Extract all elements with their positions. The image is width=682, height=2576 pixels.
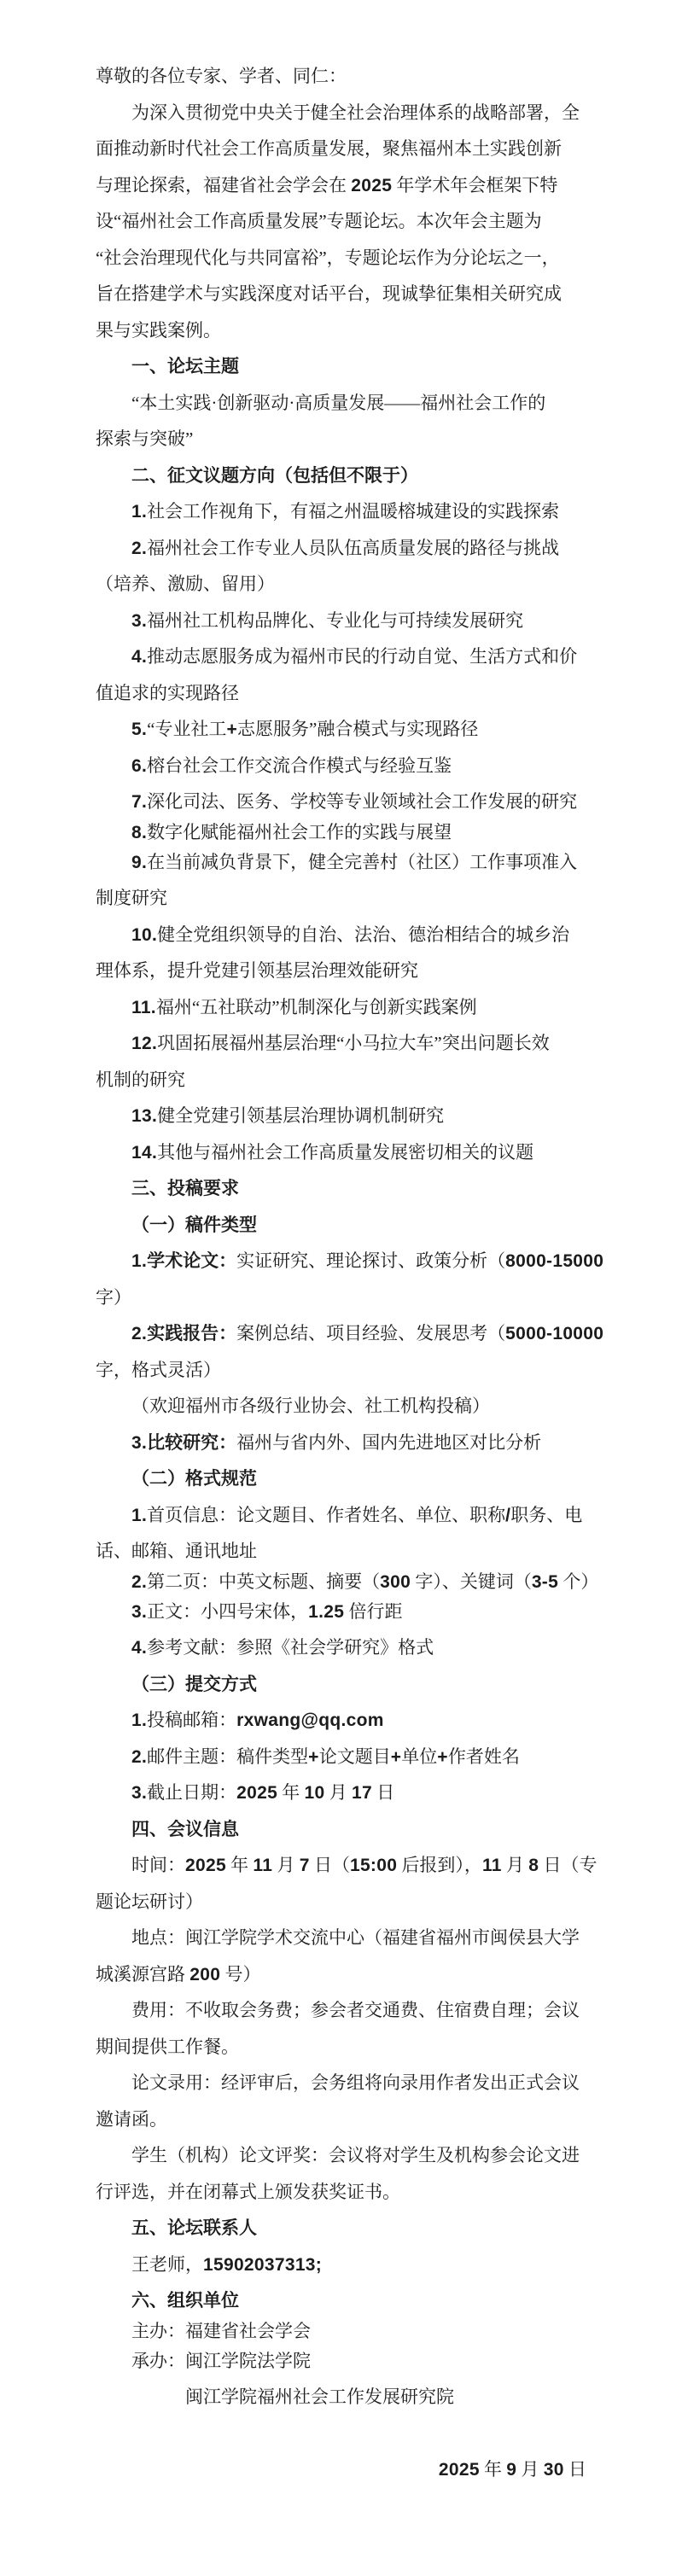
subsection-heading-3-3: （三）提交方式 [96,1666,586,1703]
doc-line: 3.福州社工机构品牌化、专业化与可持续发展研究 [96,603,586,639]
cjk-text-run: 机制的研究 [96,1069,185,1090]
latin-text-run: 3. [131,611,147,631]
latin-text-run: 10. [131,925,157,945]
latin-text-run: + [308,1747,319,1767]
latin-text-run: 3. [131,1783,147,1803]
cjk-text-run: 字）、关键词（ [411,1571,532,1592]
latin-text-run: 10 [305,1783,325,1803]
cjk-text-run: 题论坛研讨） [96,1891,203,1912]
cjk-text-run: 论文题目 [319,1746,391,1767]
cjk-text-run: （欢迎福州市各级行业协会、社工机构投稿） [131,1396,490,1416]
latin-text-run: 11 [482,1856,502,1875]
doc-line: 6.榕台社会工作交流合作模式与经验互鉴 [96,748,586,784]
cjk-text-run: 倍行距 [344,1601,402,1622]
cjk-text-run: 推动志愿服务成为福州市民的行动自觉、生活方式和价 [147,646,577,667]
cjk-text-run: 职务、电 [510,1505,582,1525]
cjk-text-run: 志愿服务”融合模式与实现路径 [237,719,478,739]
latin-text-run: 9. [131,853,147,872]
doc-line: 面推动新时代社会工作高质量发展，聚焦福州本土实践创新 [96,131,586,167]
cjk-text-run: 王老师， [131,2254,203,2275]
latin-text-run: 1.25 [308,1602,344,1622]
cjk-text-run: 值追求的实现路径 [96,683,239,703]
cjk-text-run: 年 [277,1782,305,1803]
cjk-text-run: 地点：闽江学院学术交流中心（福建省福州市闽侯县大学 [131,1927,580,1948]
cjk-text-run: 单位 [401,1746,437,1767]
section-heading-3: 三、投稿要求 [96,1170,586,1207]
cjk-text-run: 六、组织单位 [131,2290,239,2311]
latin-text-run: 1. [131,1506,147,1525]
latin-text-run: 6. [131,756,147,776]
doc-line: 果与实践案例。 [96,312,586,349]
cjk-text-run: 在当前减负背景下，健全完善村（社区）工作事项准入 [147,852,577,872]
cjk-text-run: 论文录用：经评审后，会务组将向录用作者发出正式会议 [131,2072,580,2093]
cjk-text-run: 日（ [310,1855,350,1875]
latin-text-run: 7 [300,1856,310,1875]
cjk-text-run: 健全党建引领基层治理协调机制研究 [157,1105,444,1126]
cjk-text-run: 日 [372,1782,394,1803]
latin-text-run: 3. [131,1433,147,1453]
cjk-text-run: “专业社工 [147,719,226,739]
doc-line: 论文录用：经评审后，会务组将向录用作者发出正式会议 [96,2065,586,2101]
organizer-line: 主办：福建省社会学会 [96,2319,586,2343]
doc-line: 9.在当前减负背景下，健全完善村（社区）工作事项准入 [96,844,586,881]
doc-line: 话、邮箱、通讯地址 [96,1533,586,1570]
doc-line: 城溪源宫路 200 号） [96,1956,586,1993]
doc-line: 时间：2025 年 11 月 7 日（15:00 后报到），11 月 8 日（专 [96,1847,586,1884]
latin-text-run: 9 [506,2460,516,2480]
cjk-text-run: （培养、激励、留用） [96,574,275,594]
cjk-text-run: 城溪源宫路 [96,1964,189,1984]
cjk-text-run: 学生（机构）论文评奖：会议将对学生及机构参会论文进 [131,2145,580,2165]
latin-text-run: 2025 [185,1856,226,1875]
cjk-text-run: 设“福州社会工作高质量发展”专题论坛。本次年会主题为 [96,211,542,231]
doc-line: “社会治理现代化与共同富裕”，专题论坛作为分论坛之一， [96,240,586,277]
latin-text-run: 4. [131,647,147,667]
latin-text-run: 1. [131,1711,147,1730]
doc-line: 与理论探索，福建省社会学会在 2025 年学术年会框架下特 [96,167,586,204]
cjk-text-run: 尊敬的各位专家、学者、同仁： [96,66,347,86]
latin-text-run: rxwang@qq.com [236,1711,384,1730]
latin-text-run: 5. [131,720,147,739]
cjk-text-run: 深化司法、医务、学校等专业领域社会工作发展的研究 [147,791,577,812]
cjk-text-run: 投稿邮箱： [147,1710,236,1730]
doc-line: 7.深化司法、医务、学校等专业领域社会工作发展的研究 [96,784,586,820]
doc-line: 设“福州社会工作高质量发展”专题论坛。本次年会主题为 [96,203,586,240]
doc-line: 学生（机构）论文评奖：会议将对学生及机构参会论文进 [96,2137,586,2174]
blank-line [96,2416,586,2452]
cjk-text-run: 日 [564,2459,586,2480]
latin-text-run: + [391,1747,402,1767]
cjk-text-run: 年 [480,2459,507,2480]
cjk-text-run: 四、会议信息 [131,1819,239,1839]
doc-line: 题论坛研讨） [96,1884,586,1920]
doc-line: 为深入贯彻党中央关于健全社会治理体系的战略部署，全 [96,95,586,131]
doc-line: 4.推动志愿服务成为福州市民的行动自觉、生活方式和价 [96,638,586,675]
latin-text-run: 8. [131,823,147,842]
cjk-text-run: 榕台社会工作交流合作模式与经验互鉴 [147,755,452,776]
latin-text-run: 13. [131,1106,157,1126]
doc-line: 1.学术论文：实证研究、理论探讨、政策分析（8000-15000 [96,1243,586,1279]
cjk-text-run: 正文：小四号宋体， [147,1601,308,1622]
latin-text-run: 11. [131,998,156,1017]
doc-line: 12.巩固拓展福州基层治理“小马拉大车”突出问题长效 [96,1025,586,1062]
doc-line: 2.第二页：中英文标题、摘要（300 字）、关键词（3-5 个） [96,1570,586,1594]
latin-text-run: 200 [189,1965,220,1984]
cjk-text-run: 字，格式灵活） [96,1360,221,1380]
latin-text-run: 3-5 [532,1572,558,1592]
latin-text-run: 2025 [351,176,392,195]
cjk-text-run: 一、论坛主题 [131,356,239,376]
cjk-text-run: 福州社工机构品牌化、专业化与可持续发展研究 [147,610,523,631]
cjk-text-run: 月 [325,1782,353,1803]
document-page: 尊敬的各位专家、学者、同仁：为深入贯彻党中央关于健全社会治理体系的战略部署，全面… [0,0,682,2576]
section-heading-4: 四、会议信息 [96,1811,586,1848]
cjk-text-run: 社会工作视角下，有福之州温暖榕城建设的实践探索 [147,501,559,522]
cjk-text-run: 字） [96,1287,131,1308]
cjk-text-run: 年 [226,1855,254,1875]
latin-text-run: 2025 [236,1783,277,1803]
co-organizer-line-2: 闽江学院福州社会工作发展研究院 [96,2379,586,2416]
latin-text-run: 30 [544,2460,564,2480]
latin-text-run: 2. [131,1572,147,1592]
doc-line: 理体系，提升党建引领基层治理效能研究 [96,953,586,989]
cjk-text-run: 时间： [131,1855,185,1875]
doc-line: 值追求的实现路径 [96,675,586,712]
cjk-text-run: 果与实践案例。 [96,320,221,341]
doc-line: 1.社会工作视角下，有福之州温暖榕城建设的实践探索 [96,493,586,530]
doc-line: 10.健全党组织领导的自治、法治、德治相结合的城乡治 [96,917,586,953]
cjk-text-run: 主办：福建省社会学会 [131,2321,311,2341]
doc-line: 行评选，并在闭幕式上颁发获奖证书。 [96,2174,586,2211]
cjk-text-run: 案例总结、项目经验、发展思考（ [236,1323,505,1343]
cjk-text-run: 实证研究、理论探讨、政策分析（ [236,1250,505,1271]
doc-line: 地点：闽江学院学术交流中心（福建省福州市闽侯县大学 [96,1920,586,1956]
doc-line: 制度研究 [96,880,586,917]
cjk-text-run: 比较研究： [147,1432,236,1453]
cjk-text-run: 数字化赋能福州社会工作的实践与展望 [147,822,452,842]
doc-line: 探索与突破” [96,421,586,458]
cjk-text-run: 旨在搭建学术与实践深度对话平台，现诚挚征集相关研究成 [96,283,562,304]
doc-line: 2.实践报告：案例总结、项目经验、发展思考（5000-10000 [96,1315,586,1352]
cjk-text-run: 月 [502,1855,529,1875]
cjk-text-run: 学术论文： [147,1250,236,1271]
doc-line: 2.邮件主题：稿件类型+论文题目+单位+作者姓名 [96,1739,586,1775]
latin-text-run: 7. [131,792,147,812]
cjk-text-run: 福州社会工作专业人员队伍高质量发展的路径与挑战 [147,538,559,558]
cjk-text-run: 为深入贯彻党中央关于健全社会治理体系的战略部署，全 [131,102,580,123]
doc-line: 费用：不收取会务费；参会者交通费、住宿费自理；会议 [96,1992,586,2029]
cjk-text-run: 福州与省内外、国内先进地区对比分析 [236,1432,541,1453]
doc-line: 3.正文：小四号宋体，1.25 倍行距 [96,1594,586,1630]
latin-text-run: + [226,720,237,739]
latin-text-run: 300 [380,1572,411,1592]
cjk-text-run: 探索与突破” [96,428,193,449]
cjk-text-run: 作者姓名 [448,1746,520,1767]
cjk-text-run: 月 [272,1855,300,1875]
doc-line: 1.首页信息：论文题目、作者姓名、单位、职称/职务、电 [96,1497,586,1534]
cjk-text-run: 健全党组织领导的自治、法治、德治相结合的城乡治 [157,924,569,945]
doc-line: 期间提供工作餐。 [96,2029,586,2066]
cjk-text-run: （二）格式规范 [131,1468,257,1489]
doc-line: 尊敬的各位专家、学者、同仁： [96,58,586,95]
doc-line: 13.健全党建引领基层治理协调机制研究 [96,1098,586,1134]
date-line: 2025 年 9 月 30 日 [96,2451,586,2488]
cjk-text-run: 首页信息：论文题目、作者姓名、单位、职称 [147,1505,505,1525]
cjk-text-run: 制度研究 [96,888,167,908]
cjk-text-run: 行评选，并在闭幕式上颁发获奖证书。 [96,2182,400,2202]
subsection-heading-3-1: （一）稿件类型 [96,1207,586,1244]
cjk-text-run: 理体系，提升党建引领基层治理效能研究 [96,960,418,981]
cjk-text-run: 承办：闽江学院法学院 [131,2351,311,2371]
latin-text-run: 14. [131,1143,157,1163]
section-heading-6: 六、组织单位 [96,2282,586,2319]
doc-line: 邀请函。 [96,2101,586,2138]
latin-text-run: 5000-10000 [505,1324,603,1343]
latin-text-run: 17 [352,1783,372,1803]
latin-text-run: 15902037313; [203,2255,322,2275]
co-organizer-line: 承办：闽江学院法学院 [96,2343,586,2380]
doc-line: 机制的研究 [96,1062,586,1099]
deadline-line: 3.截止日期：2025 年 10 月 17 日 [96,1775,586,1811]
doc-line: “本土实践·创新驱动·高质量发展——福州社会工作的 [96,385,586,422]
cjk-text-run: 期间提供工作餐。 [96,2037,239,2057]
cjk-text-run: 面推动新时代社会工作高质量发展，聚焦福州本土实践创新 [96,138,562,159]
cjk-text-run: 邀请函。 [96,2109,167,2130]
doc-line: 字，格式灵活） [96,1352,586,1389]
cjk-text-run: 二、征文议题方向（包括但不限于） [131,465,418,486]
doc-line: 旨在搭建学术与实践深度对话平台，现诚挚征集相关研究成 [96,276,586,312]
cjk-text-run: 福州“五社联动”机制深化与创新实践案例 [156,997,477,1017]
doc-line: 字） [96,1279,586,1316]
cjk-text-run: 闽江学院福州社会工作发展研究院 [185,2387,454,2407]
cjk-text-run: 个） [558,1571,598,1592]
cjk-text-run: 费用：不收取会务费；参会者交通费、住宿费自理；会议 [131,2000,580,2020]
doc-line: 3.比较研究：福州与省内外、国内先进地区对比分析 [96,1425,586,1461]
subsection-heading-3-2: （二）格式规范 [96,1460,586,1497]
section-heading-1: 一、论坛主题 [96,348,586,385]
latin-text-run: 8 [528,1856,539,1875]
cjk-text-run: 三、投稿要求 [131,1178,239,1198]
contact-line: 王老师，15902037313; [96,2247,586,2283]
section-heading-5: 五、论坛联系人 [96,2210,586,2247]
cjk-text-run: 巩固拓展福州基层治理“小马拉大车”突出问题长效 [157,1033,550,1053]
cjk-text-run: 话、邮箱、通讯地址 [96,1541,257,1561]
cjk-text-run: “本土实践·创新驱动·高质量发展——福州社会工作的 [131,393,545,413]
cjk-text-run: 截止日期： [147,1782,236,1803]
latin-text-run: 2025 [439,2460,480,2480]
cjk-text-run: 月 [516,2459,544,2480]
doc-line: （欢迎福州市各级行业协会、社工机构投稿） [96,1388,586,1425]
latin-text-run: 3. [131,1602,147,1622]
submission-email-line: 1.投稿邮箱：rxwang@qq.com [96,1702,586,1739]
latin-text-run: 2. [131,1747,147,1767]
cjk-text-run: 五、论坛联系人 [131,2218,257,2238]
doc-line: 11.福州“五社联动”机制深化与创新实践案例 [96,989,586,1026]
doc-line: 2.福州社会工作专业人员队伍高质量发展的路径与挑战 [96,530,586,567]
section-heading-2: 二、征文议题方向（包括但不限于） [96,458,586,494]
latin-text-run: 4. [131,1638,147,1658]
latin-text-run: 12. [131,1034,157,1053]
cjk-text-run: 其他与福州社会工作高质量发展密切相关的议题 [157,1142,533,1163]
cjk-text-run: 号） [220,1964,260,1984]
doc-line: 14.其他与福州社会工作高质量发展密切相关的议题 [96,1134,586,1171]
cjk-text-run: 实践报告： [147,1323,236,1343]
doc-line: 5.“专业社工+志愿服务”融合模式与实现路径 [96,711,586,748]
cjk-text-run: 邮件主题：稿件类型 [147,1746,308,1767]
latin-text-run: 15:00 [350,1856,397,1875]
cjk-text-run: 后报到）， [397,1855,482,1875]
latin-text-run: 1. [131,1251,147,1271]
cjk-text-run: 与理论探索，福建省社会学会在 [96,175,351,195]
cjk-text-run: “社会治理现代化与共同富裕”，专题论坛作为分论坛之一， [96,248,560,268]
latin-text-run: 11 [253,1856,272,1875]
cjk-text-run: 年学术年会框架下特 [392,175,557,195]
doc-line: 8.数字化赋能福州社会工作的实践与展望 [96,820,586,844]
cjk-text-run: 参考文献：参照《社会学研究》格式 [147,1637,434,1658]
cjk-text-run: （一）稿件类型 [131,1215,257,1235]
cjk-text-run: （三）提交方式 [131,1674,257,1694]
latin-text-run: 8000-15000 [505,1251,603,1271]
latin-text-run: + [437,1747,448,1767]
latin-text-run: 2. [131,539,147,558]
latin-text-run: 2. [131,1324,147,1343]
cjk-text-run: 日（专 [539,1855,597,1875]
doc-line: （培养、激励、留用） [96,566,586,603]
latin-text-run: 1. [131,502,147,522]
cjk-text-run: 第二页：中英文标题、摘要（ [147,1571,380,1592]
doc-line: 4.参考文献：参照《社会学研究》格式 [96,1629,586,1666]
